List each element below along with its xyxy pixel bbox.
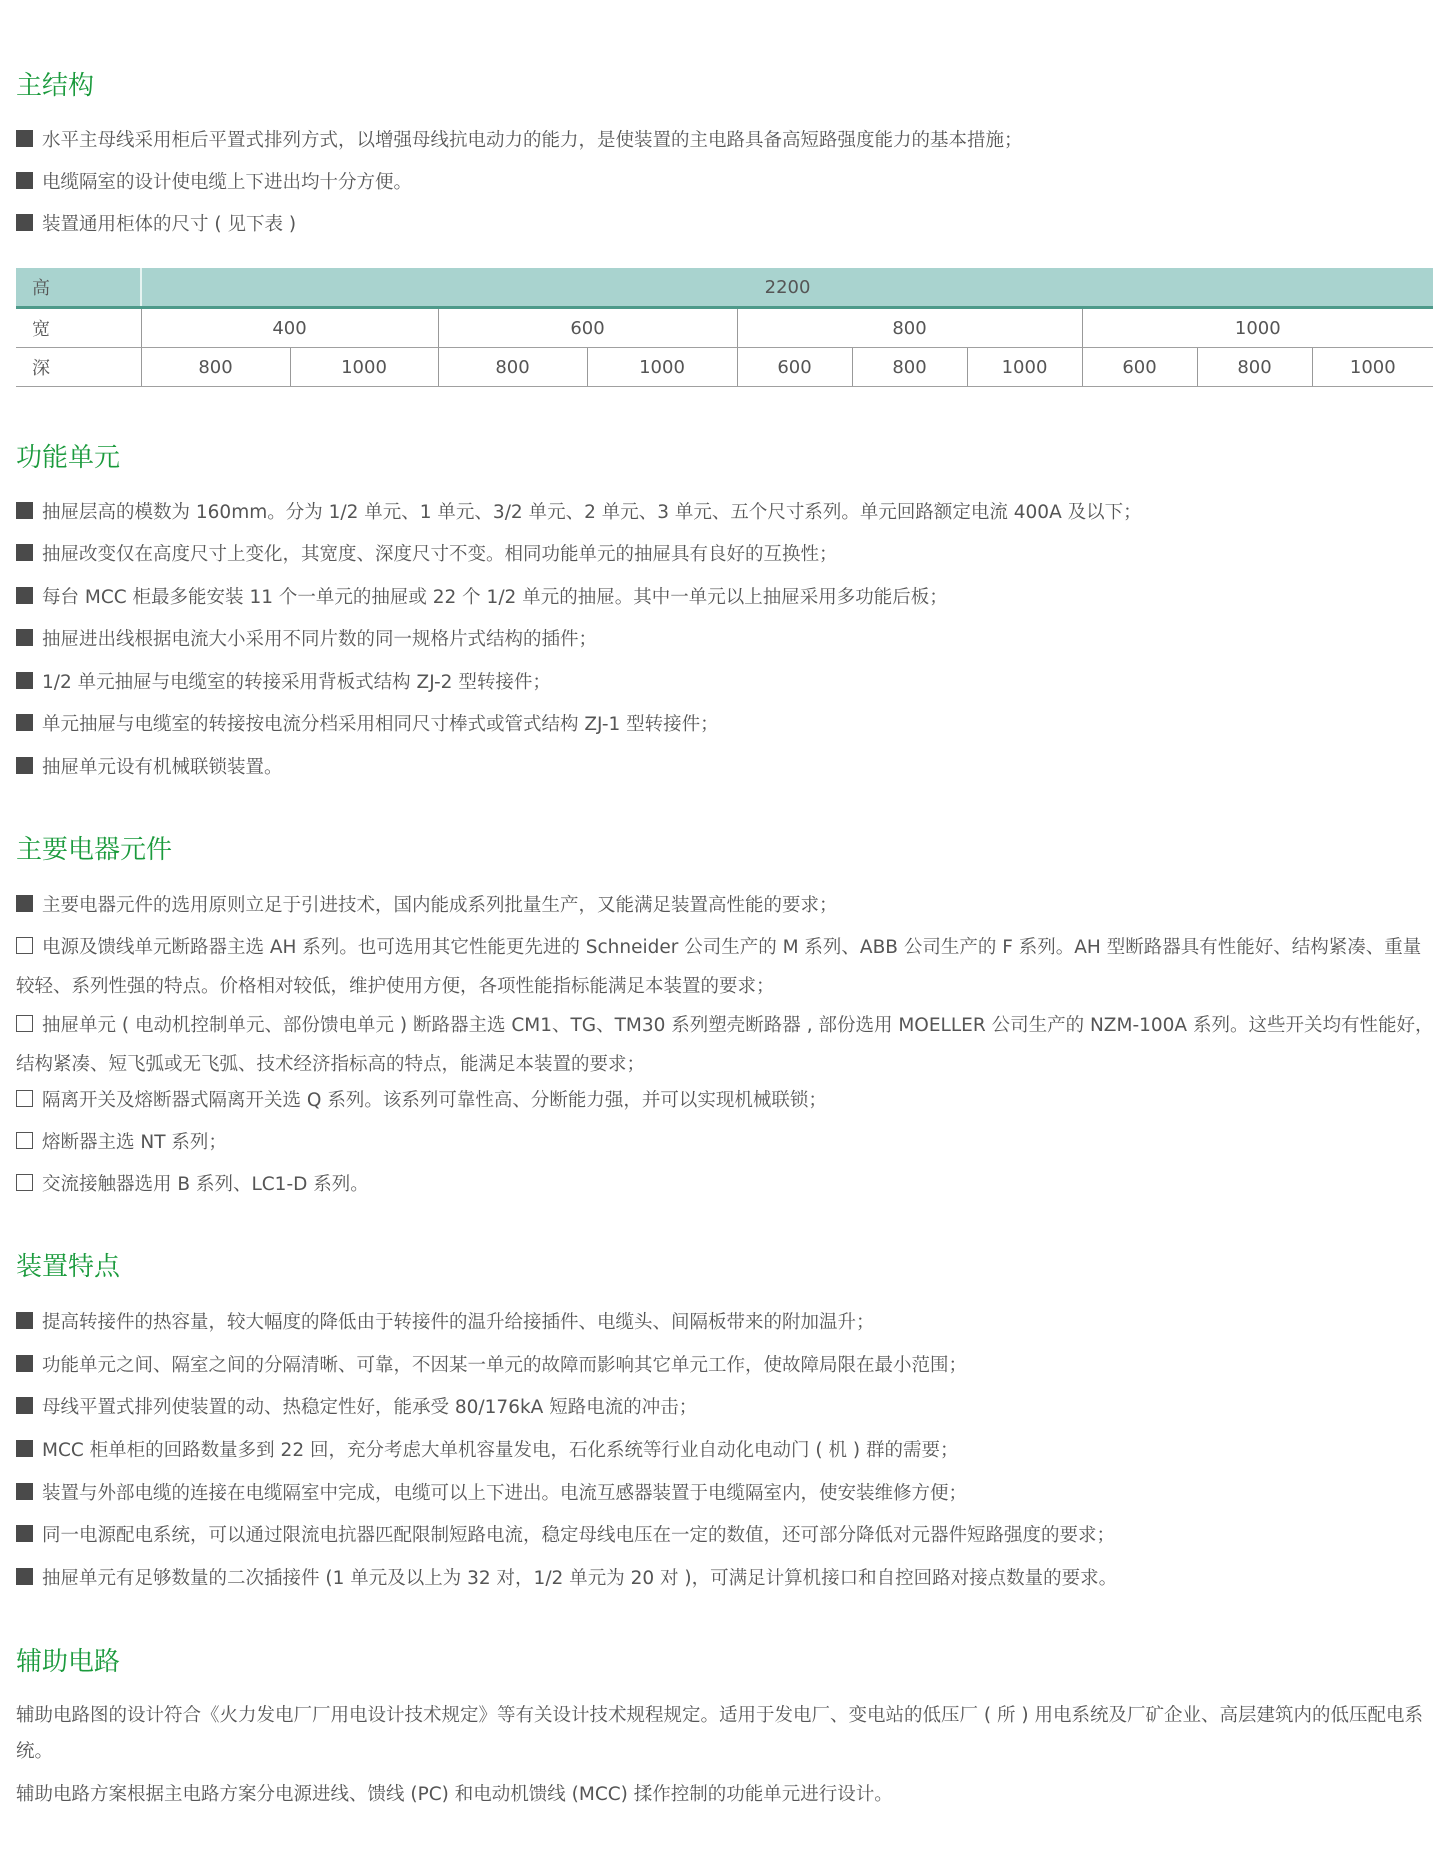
- list-item: 装置与外部电缆的连接在电缆隔室中完成，电缆可以上下进出。电流互感器装置于电缆隔室…: [16, 1474, 1434, 1513]
- list-item: 每台 MCC 柜最多能安装 11 个一单元的抽屉或 22 个 1/2 单元的抽屉…: [16, 578, 1434, 617]
- table-cell: 1000: [1312, 348, 1433, 387]
- list-item: 1/2 单元抽屉与电缆室的转接采用背板式结构 ZJ-2 型转接件；: [16, 663, 1434, 702]
- table-cell: 1000: [967, 348, 1082, 387]
- filled-square-bullet-icon: [16, 1355, 33, 1372]
- filled-square-bullet-icon: [16, 172, 33, 189]
- filled-square-bullet-icon: [16, 629, 33, 646]
- list-item: 抽屉改变仅在高度尺寸上变化，其宽度、深度尺寸不变。相同功能单元的抽屉具有良好的互…: [16, 535, 1434, 574]
- section-title-auxiliary-circuit: 辅助电路: [16, 1646, 120, 1678]
- list-item: 装置通用柜体的尺寸 ( 见下表 ): [16, 205, 1434, 244]
- table-cell: 1000: [290, 348, 438, 387]
- filled-square-bullet-icon: [16, 1397, 33, 1414]
- filled-square-bullet-icon: [16, 1440, 33, 1457]
- list-item: 电源及馈线单元断路器主选 AH 系列。也可选用其它性能更先进的 Schneide…: [16, 928, 1434, 1006]
- section-title-features: 装置特点: [16, 1251, 120, 1283]
- filled-square-bullet-icon: [16, 214, 33, 231]
- list-item: 同一电源配电系统，可以通过限流电抗器匹配限制短路电流，稳定母线电压在一定的数值，…: [16, 1516, 1434, 1555]
- section-title-main-components: 主要电器元件: [16, 834, 172, 866]
- open-square-bullet-icon: [16, 937, 33, 954]
- table-cell: 1000: [587, 348, 737, 387]
- row-label-height: 高: [16, 268, 141, 308]
- list-item: 电缆隔室的设计使电缆上下进出均十分方便。: [16, 163, 1434, 202]
- table-cell: 400: [141, 308, 438, 348]
- filled-square-bullet-icon: [16, 1525, 33, 1542]
- filled-square-bullet-icon: [16, 714, 33, 731]
- paragraph: 辅助电路图的设计符合《火力发电厂厂用电设计技术规定》等有关设计技术规程规定。适用…: [16, 1698, 1434, 1770]
- filled-square-bullet-icon: [16, 672, 33, 689]
- section-title-functional-units: 功能单元: [16, 442, 120, 474]
- list-item: 提高转接件的热容量，较大幅度的降低由于转接件的温升给接插件、电缆头、间隔板带来的…: [16, 1303, 1434, 1342]
- filled-square-bullet-icon: [16, 757, 33, 774]
- list-item: 交流接触器选用 B 系列、LC1-D 系列。: [16, 1165, 1434, 1204]
- list-item: 抽屉单元设有机械联锁装置。: [16, 748, 1434, 787]
- filled-square-bullet-icon: [16, 544, 33, 561]
- table-row-depth: 深 800 1000 800 1000 600 800 1000 600 800…: [16, 348, 1433, 387]
- table-cell: 600: [1082, 348, 1197, 387]
- filled-square-bullet-icon: [16, 1568, 33, 1585]
- row-label-depth: 深: [16, 348, 141, 387]
- filled-square-bullet-icon: [16, 502, 33, 519]
- filled-square-bullet-icon: [16, 1483, 33, 1500]
- list-item: 单元抽屉与电缆室的转接按电流分档采用相同尺寸棒式或管式结构 ZJ-1 型转接件；: [16, 705, 1434, 744]
- open-square-bullet-icon: [16, 1132, 33, 1149]
- table-cell: 600: [737, 348, 852, 387]
- section-title-main-structure: 主结构: [16, 70, 94, 102]
- table-cell: 800: [141, 348, 290, 387]
- table-row-width: 宽 400 600 800 1000: [16, 308, 1433, 348]
- document-page: 主结构 水平主母线采用柜后平置式排列方式，以增强母线抗电动力的能力，是使装置的主…: [0, 0, 1456, 1849]
- filled-square-bullet-icon: [16, 895, 33, 912]
- table-cell: 800: [737, 308, 1082, 348]
- table-cell: 1000: [1082, 308, 1433, 348]
- paragraph: 辅助电路方案根据主电路方案分电源进线、馈线 (PC) 和电动机馈线 (MCC) …: [16, 1775, 1434, 1814]
- table-cell: 2200: [141, 268, 1433, 308]
- filled-square-bullet-icon: [16, 130, 33, 147]
- list-item: 隔离开关及熔断器式隔离开关选 Q 系列。该系列可靠性高、分断能力强，并可以实现机…: [16, 1081, 1434, 1120]
- list-item: MCC 柜单柜的回路数量多到 22 回，充分考虑大单机容量发电，石化系统等行业自…: [16, 1431, 1434, 1470]
- table-cell: 800: [1197, 348, 1312, 387]
- list-item: 抽屉层高的模数为 160mm。分为 1/2 单元、1 单元、3/2 单元、2 单…: [16, 493, 1434, 532]
- list-item: 母线平置式排列使装置的动、热稳定性好，能承受 80/176kA 短路电流的冲击；: [16, 1388, 1434, 1427]
- table-cell: 800: [852, 348, 967, 387]
- list-item: 抽屉单元有足够数量的二次插接件 (1 单元及以上为 32 对，1/2 单元为 2…: [16, 1559, 1434, 1598]
- list-item: 水平主母线采用柜后平置式排列方式，以增强母线抗电动力的能力，是使装置的主电路具备…: [16, 121, 1434, 160]
- list-item: 熔断器主选 NT 系列；: [16, 1123, 1434, 1162]
- open-square-bullet-icon: [16, 1090, 33, 1107]
- row-label-width: 宽: [16, 308, 141, 348]
- list-item: 抽屉单元 ( 电动机控制单元、部份馈电单元 ) 断路器主选 CM1、TG、TM3…: [16, 1006, 1434, 1084]
- open-square-bullet-icon: [16, 1015, 33, 1032]
- table-cell: 600: [438, 308, 737, 348]
- open-square-bullet-icon: [16, 1174, 33, 1191]
- list-item: 抽屉进出线根据电流大小采用不同片数的同一规格片式结构的插件；: [16, 620, 1434, 659]
- table-row-height: 高 2200: [16, 268, 1433, 308]
- filled-square-bullet-icon: [16, 587, 33, 604]
- list-item: 功能单元之间、隔室之间的分隔清晰、可靠，不因某一单元的故障而影响其它单元工作，使…: [16, 1346, 1434, 1385]
- table-cell: 800: [438, 348, 587, 387]
- filled-square-bullet-icon: [16, 1312, 33, 1329]
- cabinet-dimensions-table: 高 2200 宽 400 600 800 1000 深 800 1000 800…: [16, 268, 1433, 387]
- list-item: 主要电器元件的选用原则立足于引进技术，国内能成系列批量生产，又能满足装置高性能的…: [16, 886, 1434, 925]
